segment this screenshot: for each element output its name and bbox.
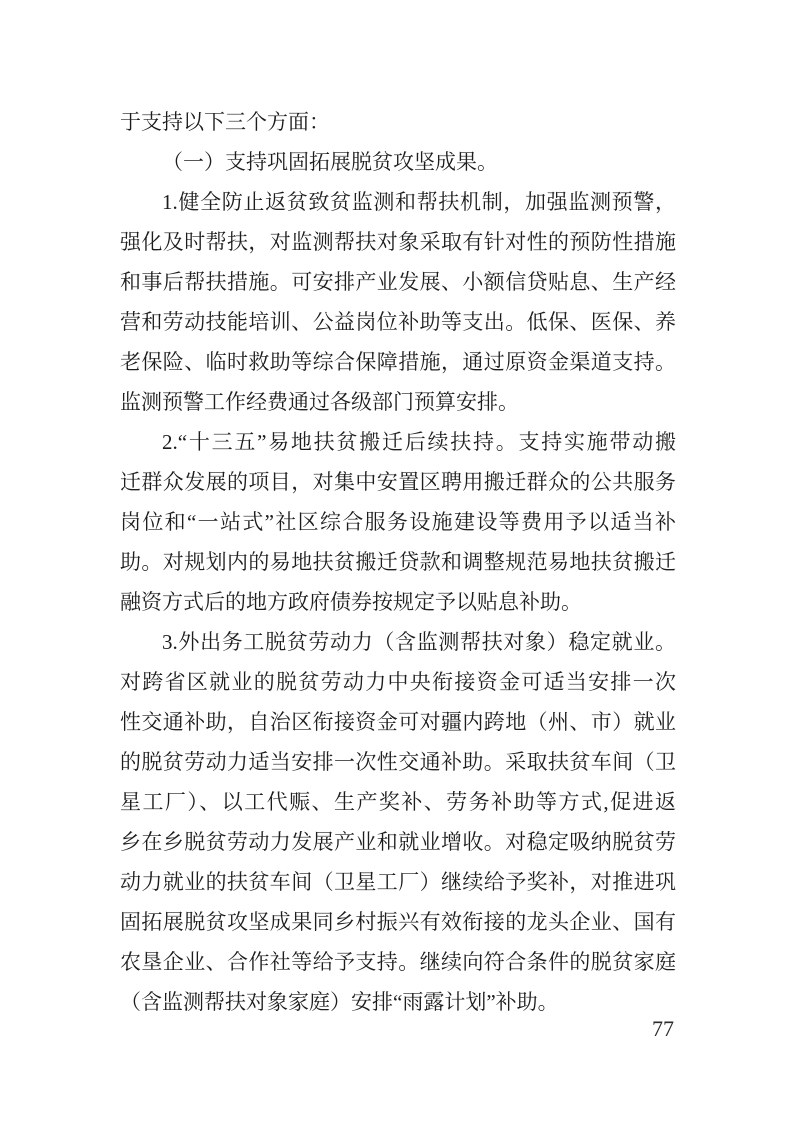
text-line: 老保险、临时救助等综合保障措施，通过原资金渠道支持。 — [120, 342, 676, 382]
text-line: 3.外出务工脱贫劳动力（含监测帮扶对象）稳定就业。 — [120, 622, 676, 662]
text-line: 1.健全防止返贫致贫监测和帮扶机制，加强监测预警， — [120, 182, 676, 222]
text-line: 于支持以下三个方面： — [120, 102, 676, 142]
text-line: 岗位和“一站式”社区综合服务设施建设等费用予以适当补 — [120, 502, 676, 542]
text-line: 强化及时帮扶，对监测帮扶对象采取有针对性的预防性措施 — [120, 222, 676, 262]
text-line: 监测预警工作经费通过各级部门预算安排。 — [120, 382, 676, 422]
text-block: 于支持以下三个方面：（一）支持巩固拓展脱贫攻坚成果。1.健全防止返贫致贫监测和帮… — [120, 102, 676, 1022]
text-line: 星工厂）、以工代赈、生产奖补、劳务补助等方式,促进返 — [120, 782, 676, 822]
text-line: 固拓展脱贫攻坚成果同乡村振兴有效衔接的龙头企业、国有 — [120, 902, 676, 942]
text-line: 和事后帮扶措施。可安排产业发展、小额信贷贴息、生产经 — [120, 262, 676, 302]
text-line: 营和劳动技能培训、公益岗位补助等支出。低保、医保、养 — [120, 302, 676, 342]
text-line: （含监测帮扶对象家庭）安排“雨露计划”补助。 — [120, 982, 676, 1022]
text-line: 助。对规划内的易地扶贫搬迁贷款和调整规范易地扶贫搬迁 — [120, 542, 676, 582]
text-line: 性交通补助，自治区衔接资金可对疆内跨地（州、市）就业 — [120, 702, 676, 742]
text-line: 2.“十三五”易地扶贫搬迁后续扶持。支持实施带动搬 — [120, 422, 676, 462]
text-line: 融资方式后的地方政府债券按规定予以贴息补助。 — [120, 582, 676, 622]
text-line: 的脱贫劳动力适当安排一次性交通补助。采取扶贫车间（卫 — [120, 742, 676, 782]
text-line: 乡在乡脱贫劳动力发展产业和就业增收。对稳定吸纳脱贫劳 — [120, 822, 676, 862]
text-line: 农垦企业、合作社等给予支持。继续向符合条件的脱贫家庭 — [120, 942, 676, 982]
text-line: （一）支持巩固拓展脱贫攻坚成果。 — [120, 142, 676, 182]
document-page: 于支持以下三个方面：（一）支持巩固拓展脱贫攻坚成果。1.健全防止返贫致贫监测和帮… — [0, 0, 793, 1122]
text-line: 迁群众发展的项目，对集中安置区聘用搬迁群众的公共服务 — [120, 462, 676, 502]
text-line: 动力就业的扶贫车间（卫星工厂）继续给予奖补，对推进巩 — [120, 862, 676, 902]
page-number: 77 — [652, 1014, 674, 1044]
text-line: 对跨省区就业的脱贫劳动力中央衔接资金可适当安排一次 — [120, 662, 676, 702]
